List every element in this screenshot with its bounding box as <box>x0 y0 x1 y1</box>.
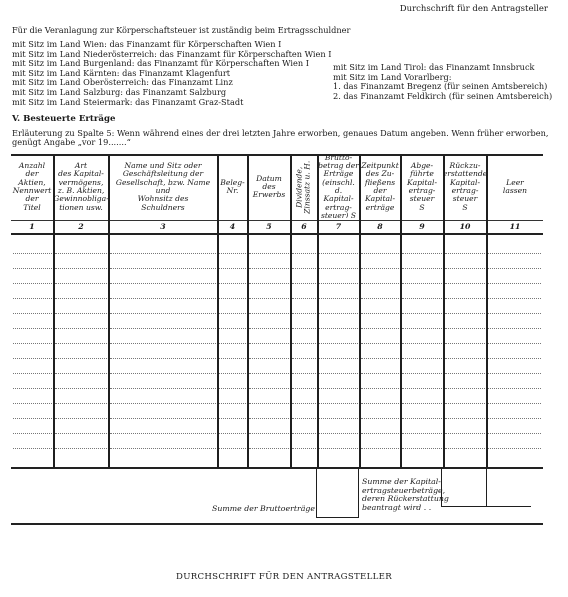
table-cell-entry-line[interactable] <box>319 313 358 314</box>
column-header-dividend-rate-text: Dividende, Zinssatz u. H. <box>296 160 313 213</box>
table-cell-entry-line[interactable] <box>292 358 316 359</box>
table-cell-entry-line[interactable] <box>292 388 316 389</box>
table-cell-entry-line[interactable] <box>110 328 216 329</box>
table-cell-entry-line[interactable] <box>445 418 485 419</box>
table-cell-entry-line[interactable] <box>488 358 541 359</box>
table-cell-entry-line[interactable] <box>110 373 216 374</box>
table-cell-entry-line[interactable] <box>445 298 485 299</box>
jurisdiction-list-left: mit Sitz im Land Wien: das Finanzamt für… <box>12 40 331 107</box>
table-cell-entry-line[interactable] <box>488 448 541 449</box>
table-cell-entry-line[interactable] <box>219 448 246 449</box>
table-cell-entry-line[interactable] <box>402 298 442 299</box>
jurisdiction-item: mit Sitz im Land Steiermark: das Finanza… <box>12 98 331 108</box>
column-number: 3 <box>109 222 217 232</box>
table-cell-entry-line[interactable] <box>292 253 316 254</box>
table-cell-entry-line[interactable] <box>219 253 246 254</box>
table-cell-entry-line[interactable] <box>249 448 289 449</box>
table-cell-entry-line[interactable] <box>319 403 358 404</box>
table-cell-entry-line[interactable] <box>488 328 541 329</box>
column-number: 8 <box>360 222 400 232</box>
table-cell-entry-line[interactable] <box>402 313 442 314</box>
table-cell-entry-line[interactable] <box>219 343 246 344</box>
table-cell-entry-line[interactable] <box>361 403 399 404</box>
table-cell-entry-line[interactable] <box>249 343 289 344</box>
column-header-gross-amount: Brutto- betrag der Erträge (einschl. d. … <box>318 156 359 218</box>
table-cell-entry-line[interactable] <box>249 328 289 329</box>
table-cell-entry-line[interactable] <box>488 418 541 419</box>
table-cell-entry-line[interactable] <box>319 343 358 344</box>
table-cell-entry-line[interactable] <box>361 328 399 329</box>
table-cell-entry-line[interactable] <box>219 403 246 404</box>
jurisdiction-item: 2. das Finanzamt Feldkirch (für seinen A… <box>333 92 552 102</box>
table-cell-entry-line[interactable] <box>13 448 52 449</box>
copy-designation: Durchschrift für den Antragsteller <box>400 4 548 14</box>
table-cell-entry-line[interactable] <box>249 253 289 254</box>
table-cell-entry-line[interactable] <box>55 358 107 359</box>
table-cell-entry-line[interactable] <box>445 388 485 389</box>
table-cell-entry-line[interactable] <box>292 403 316 404</box>
table-cell-entry-line[interactable] <box>445 343 485 344</box>
table-cell-entry-line[interactable] <box>319 418 358 419</box>
table-cell-entry-line[interactable] <box>488 313 541 314</box>
table-cell-entry-line[interactable] <box>110 283 216 284</box>
table-cell-entry-line[interactable] <box>292 268 316 269</box>
table-cell-entry-line[interactable] <box>361 298 399 299</box>
table-cell-entry-line[interactable] <box>402 283 442 284</box>
table-cell-entry-line[interactable] <box>55 433 107 434</box>
table-cell-entry-line[interactable] <box>402 328 442 329</box>
table-cell-entry-line[interactable] <box>488 388 541 389</box>
table-cell-entry-line[interactable] <box>13 313 52 314</box>
column-number: 11 <box>487 222 543 232</box>
table-cell-entry-line[interactable] <box>361 253 399 254</box>
table-cell-entry-line[interactable] <box>13 373 52 374</box>
table-cell-entry-line[interactable] <box>445 358 485 359</box>
table-cell-entry-line[interactable] <box>249 298 289 299</box>
table-cell-entry-line[interactable] <box>361 418 399 419</box>
table-cell-entry-line[interactable] <box>319 283 358 284</box>
table-cell-entry-line[interactable] <box>219 313 246 314</box>
table-cell-entry-line[interactable] <box>402 373 442 374</box>
table-cell-entry-line[interactable] <box>219 328 246 329</box>
table-cell-entry-line[interactable] <box>292 373 316 374</box>
table-cell-entry-line[interactable] <box>13 343 52 344</box>
column-number: 6 <box>291 222 317 232</box>
table-cell-entry-line[interactable] <box>319 448 358 449</box>
table-cell-entry-line[interactable] <box>292 418 316 419</box>
withheld-tax-total-field[interactable] <box>441 468 486 507</box>
table-cell-entry-line[interactable] <box>55 268 107 269</box>
table-cell-entry-line[interactable] <box>445 283 485 284</box>
section-title: V. Besteuerte Erträge <box>12 114 115 124</box>
table-cell-entry-line[interactable] <box>13 418 52 419</box>
table-cell-entry-line[interactable] <box>55 283 107 284</box>
table-cell-entry-line[interactable] <box>361 343 399 344</box>
table-cell-entry-line[interactable] <box>219 298 246 299</box>
table-cell-entry-line[interactable] <box>55 253 107 254</box>
table-cell-entry-line[interactable] <box>319 433 358 434</box>
table-cell-entry-line[interactable] <box>55 418 107 419</box>
table-cell-entry-line[interactable] <box>219 358 246 359</box>
table-cell-entry-line[interactable] <box>219 283 246 284</box>
gross-total-field[interactable] <box>316 468 359 518</box>
table-cell-entry-line[interactable] <box>110 403 216 404</box>
table-cell-entry-line[interactable] <box>402 358 442 359</box>
table-cell-entry-line[interactable] <box>292 298 316 299</box>
table-cell-entry-line[interactable] <box>55 373 107 374</box>
footer-copy-designation: DURCHSCHRIFT FÜR DEN ANTRAGSTELLER <box>0 572 568 582</box>
column-number: 1 <box>11 222 53 232</box>
table-cell-entry-line[interactable] <box>13 328 52 329</box>
table-cell-entry-line[interactable] <box>488 343 541 344</box>
table-cell-entry-line[interactable] <box>13 298 52 299</box>
table-cell-entry-line[interactable] <box>13 283 52 284</box>
column-number: 2 <box>54 222 108 232</box>
table-cell-entry-line[interactable] <box>110 418 216 419</box>
header-bottom-rule <box>11 220 543 221</box>
table-cell-entry-line[interactable] <box>445 373 485 374</box>
column-header-dividend-rate: Dividende, Zinssatz u. H. <box>291 156 317 218</box>
table-cell-entry-line[interactable] <box>292 448 316 449</box>
table-cell-entry-line[interactable] <box>249 313 289 314</box>
table-cell-entry-line[interactable] <box>13 388 52 389</box>
table-cell-entry-line[interactable] <box>55 313 107 314</box>
table-cell-entry-line[interactable] <box>55 328 107 329</box>
table-cell-entry-line[interactable] <box>110 253 216 254</box>
column-header-receipt-no: Beleg- Nr. <box>218 156 247 218</box>
table-cell-entry-line[interactable] <box>361 373 399 374</box>
table-cell-entry-line[interactable] <box>445 448 485 449</box>
table-cell-entry-line[interactable] <box>488 373 541 374</box>
table-cell-entry-line[interactable] <box>319 298 358 299</box>
table-cell-entry-line[interactable] <box>402 418 442 419</box>
table-cell-entry-line[interactable] <box>361 433 399 434</box>
table-cell-entry-line[interactable] <box>249 418 289 419</box>
table-cell-entry-line[interactable] <box>219 418 246 419</box>
table-cell-entry-line[interactable] <box>402 433 442 434</box>
table-cell-entry-line[interactable] <box>110 358 216 359</box>
table-cell-entry-line[interactable] <box>361 283 399 284</box>
table-cell-entry-line[interactable] <box>319 268 358 269</box>
table-cell-entry-line[interactable] <box>219 433 246 434</box>
table-cell-entry-line[interactable] <box>361 358 399 359</box>
table-cell-entry-line[interactable] <box>292 313 316 314</box>
table-cell-entry-line[interactable] <box>488 268 541 269</box>
gross-total-label: Summe der Bruttoerträge <box>212 505 315 514</box>
column-number: 9 <box>401 222 443 232</box>
table-cell-entry-line[interactable] <box>110 448 216 449</box>
table-cell-entry-line[interactable] <box>292 328 316 329</box>
table-cell-entry-line[interactable] <box>402 343 442 344</box>
table-cell-entry-line[interactable] <box>249 268 289 269</box>
table-cell-entry-line[interactable] <box>55 388 107 389</box>
table-cell-entry-line[interactable] <box>402 388 442 389</box>
table-cell-entry-line[interactable] <box>13 433 52 434</box>
column-header-refund-tax: Rückzu- erstattende Kapital- ertrag- ste… <box>444 156 486 218</box>
table-cell-entry-line[interactable] <box>361 313 399 314</box>
jurisdiction-list-right: mit Sitz im Land Tirol: das Finanzamt In… <box>333 63 552 101</box>
table-cell-entry-line[interactable] <box>319 328 358 329</box>
column-header-quantity: Anzahl der Aktien, Nennwert der Titel <box>11 156 53 218</box>
column-5-explanation: Erläuterung zu Spalte 5: Wenn während ei… <box>12 129 560 148</box>
table-cell-entry-line[interactable] <box>361 448 399 449</box>
table-cell-entry-line[interactable] <box>13 268 52 269</box>
table-cell-entry-line[interactable] <box>292 283 316 284</box>
table-cell-entry-line[interactable] <box>488 298 541 299</box>
table-cell-entry-line[interactable] <box>55 298 107 299</box>
column-number: 5 <box>248 222 290 232</box>
table-cell-entry-line[interactable] <box>249 388 289 389</box>
table-cell-entry-line[interactable] <box>219 373 246 374</box>
table-cell-entry-line[interactable] <box>13 253 52 254</box>
table-cell-entry-line[interactable] <box>319 373 358 374</box>
table-cell-entry-line[interactable] <box>319 253 358 254</box>
refund-tax-total-field[interactable] <box>486 468 531 507</box>
column-header-debtor: Name und Sitz oder Geschäftsleitung der … <box>109 156 217 218</box>
table-cell-entry-line[interactable] <box>445 403 485 404</box>
table-cell-entry-line[interactable] <box>402 448 442 449</box>
column-number: 4 <box>218 222 247 232</box>
table-cell-entry-line[interactable] <box>249 433 289 434</box>
table-cell-entry-line[interactable] <box>249 403 289 404</box>
table-cell-entry-line[interactable] <box>249 373 289 374</box>
table-cell-entry-line[interactable] <box>402 403 442 404</box>
table-cell-entry-line[interactable] <box>292 343 316 344</box>
column-header-acquisition-date: Datum des Erwerbs <box>248 156 290 218</box>
table-cell-entry-line[interactable] <box>319 358 358 359</box>
table-cell-entry-line[interactable] <box>110 313 216 314</box>
table-cell-entry-line[interactable] <box>445 253 485 254</box>
table-cell-entry-line[interactable] <box>488 283 541 284</box>
column-header-leave-blank: Leer lassen <box>487 156 543 218</box>
table-cell-entry-line[interactable] <box>488 433 541 434</box>
table-cell-entry-line[interactable] <box>110 343 216 344</box>
table-cell-entry-line[interactable] <box>13 358 52 359</box>
table-cell-entry-line[interactable] <box>249 283 289 284</box>
table-cell-entry-line[interactable] <box>402 253 442 254</box>
refund-total-label: Summe der Kapital- ertragsteuerbeträge, … <box>362 478 449 512</box>
column-header-inflow-date: Zeitpunkt des Zu- fließens der Kapital- … <box>360 156 400 218</box>
table-cell-entry-line[interactable] <box>249 358 289 359</box>
table-cell-entry-line[interactable] <box>110 388 216 389</box>
table-cell-entry-line[interactable] <box>361 388 399 389</box>
column-number: 7 <box>318 222 359 232</box>
table-cell-entry-line[interactable] <box>402 268 442 269</box>
table-cell-entry-line[interactable] <box>110 433 216 434</box>
table-cell-entry-line[interactable] <box>13 403 52 404</box>
table-cell-entry-line[interactable] <box>110 268 216 269</box>
table-cell-entry-line[interactable] <box>445 328 485 329</box>
table-cell-entry-line[interactable] <box>55 403 107 404</box>
responsibility-intro: Für die Veranlagung zur Körperschaftsteu… <box>12 25 350 35</box>
column-header-withheld-tax: Abge- führte Kapital- ertrag- steuer S <box>401 156 443 218</box>
table-cell-entry-line[interactable] <box>488 253 541 254</box>
table-cell-entry-line[interactable] <box>445 268 485 269</box>
table-cell-entry-line[interactable] <box>488 403 541 404</box>
table-cell-entry-line[interactable] <box>110 298 216 299</box>
table-cell-entry-line[interactable] <box>319 388 358 389</box>
table-cell-entry-line[interactable] <box>219 268 246 269</box>
number-row-bottom-rule <box>11 233 543 235</box>
table-cell-entry-line[interactable] <box>445 433 485 434</box>
table-cell-entry-line[interactable] <box>292 433 316 434</box>
totals-bottom-rule <box>11 523 543 525</box>
table-cell-entry-line[interactable] <box>55 448 107 449</box>
table-cell-entry-line[interactable] <box>55 343 107 344</box>
table-cell-entry-line[interactable] <box>445 313 485 314</box>
table-cell-entry-line[interactable] <box>361 268 399 269</box>
column-header-asset-type: Art des Kapital- vermögens, z. B. Aktien… <box>54 156 108 218</box>
table-cell-entry-line[interactable] <box>219 388 246 389</box>
column-number: 10 <box>444 222 486 232</box>
